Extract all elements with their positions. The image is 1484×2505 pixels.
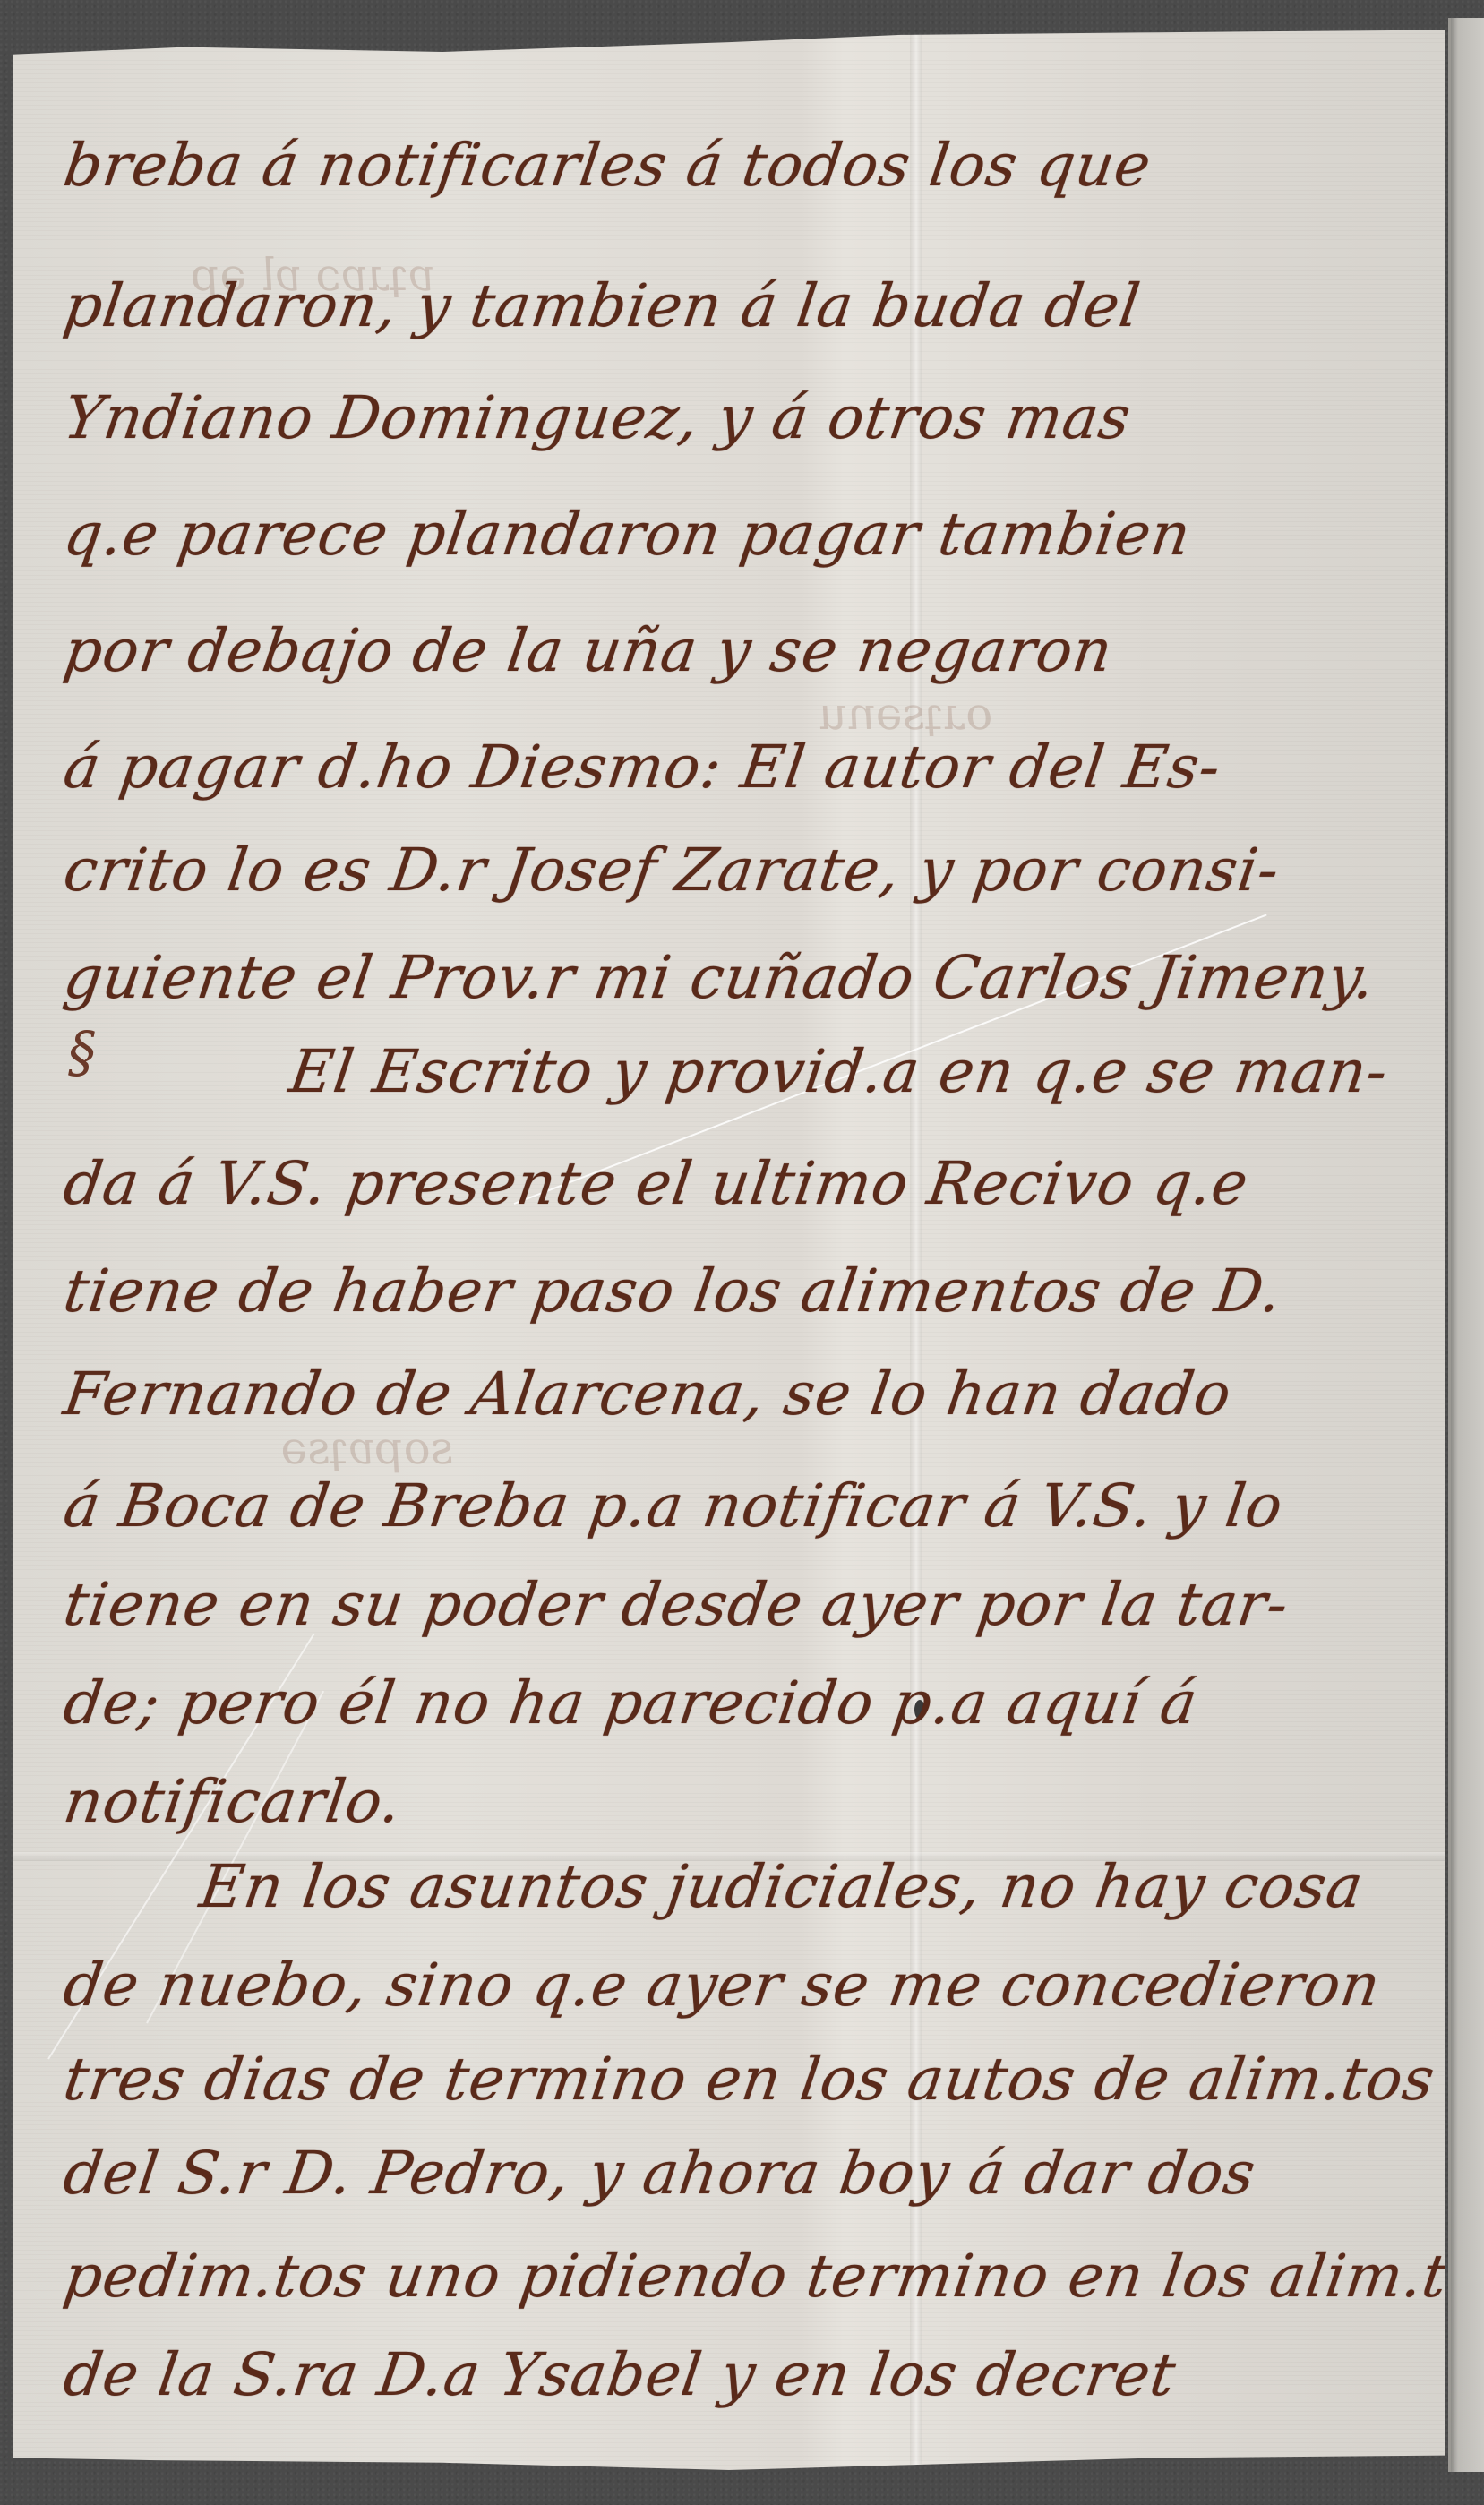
text-line: de nuebo, sino q.e ayer se me concediero… (60, 1951, 1413, 2020)
text-line: breba á notificarles á todos los que (60, 131, 1413, 200)
text-line: crito lo es D.r Josef Zarate, y por cons… (60, 836, 1413, 905)
text-line: pedim.tos uno pidiendo termino en los al… (60, 2242, 1413, 2311)
text-line: da á V.S. presente el ultimo Recivo q.e (60, 1149, 1413, 1218)
text-line: á pagar d.ho Diesmo: El autor del Es- (60, 733, 1413, 802)
text-line: del S.r D. Pedro, y ahora boy á dar dos (60, 2139, 1413, 2208)
text-line: de la S.ra D.a Ysabel y en los decret (60, 2340, 1413, 2409)
adjacent-sheet-edge (1448, 18, 1484, 2472)
manuscript-text: breba á notificarles á todos los que pla… (13, 25, 1445, 2470)
text-line: á Boca de Breba p.a notificar á V.S. y l… (60, 1471, 1413, 1540)
text-line: plandaron, y tambien á la buda del (60, 271, 1413, 340)
text-line: q.e parece plandaron pagar tambien (60, 500, 1413, 569)
text-line: tres dias de termino en los autos de ali… (60, 2045, 1413, 2114)
text-line: de; pero él no ha parecido p.a aquí á (60, 1669, 1413, 1737)
text-line: tiene en su poder desde ayer por la tar- (60, 1570, 1413, 1639)
manuscript-page: ɐʇɹɐɔ ɐl ǝp oɹʇsǝnu sopɐʇsǝ § breba á no… (13, 25, 1445, 2470)
text-line: por debajo de la uña y se negaron (60, 616, 1413, 685)
text-line: guiente el Prov.r mi cuñado Carlos Jimen… (60, 943, 1413, 1012)
text-line: El Escrito y provid.a en q.e se man- (286, 1037, 1484, 1106)
text-line: notificarlo. (60, 1767, 1413, 1836)
text-line: En los asuntos judiciales, no hay cosa (196, 1852, 1484, 1921)
text-line: Fernando de Alarcena, se lo han dado (60, 1360, 1413, 1428)
text-line: Yndiano Dominguez, y á otros mas (60, 383, 1413, 452)
text-line: tiene de haber paso los alimentos de D. (60, 1257, 1413, 1325)
